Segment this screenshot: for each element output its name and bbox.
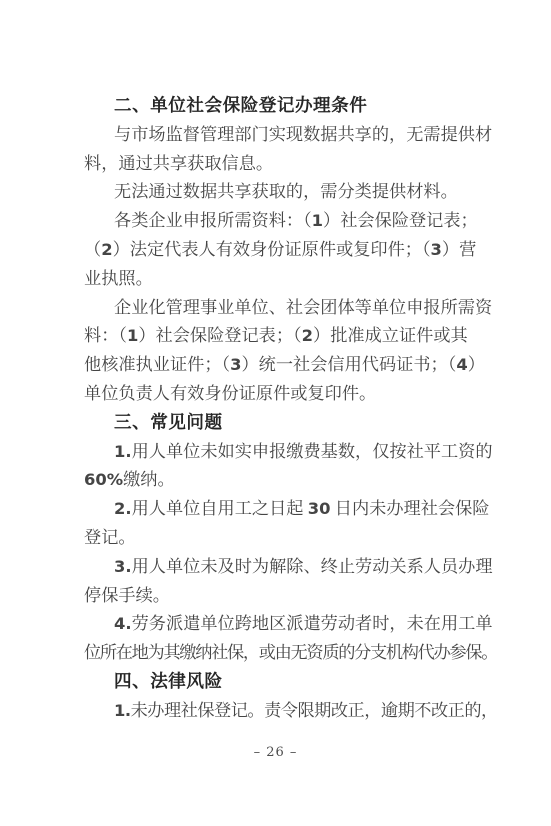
section-heading: 二、单位社会保险登记办理条件	[84, 92, 498, 121]
numeral: 60%	[84, 470, 123, 489]
text-line: 企业化管理事业单位、社会团体等单位申报所需资	[84, 294, 498, 323]
text-line: 60%缴纳。	[84, 466, 498, 495]
document-page: 二、单位社会保险登记办理条件与市场监督管理部门实现数据共享的，无需提供材料，通过…	[0, 0, 551, 826]
numeral: 30	[308, 499, 331, 518]
text-line: 料，通过共享获取信息。	[84, 150, 498, 179]
numeral: 4	[456, 355, 467, 374]
paragraph: 4.劳务派遣单位跨地区派遣劳动者时，未在用工单位所在地为其缴纳社保，或由无资质的…	[84, 610, 498, 668]
section-heading: 四、法律风险	[84, 668, 498, 697]
paragraph: 与市场监督管理部门实现数据共享的，无需提供材料，通过共享获取信息。	[84, 121, 498, 179]
paragraph: 无法通过数据共享获取的，需分类提供材料。	[84, 178, 498, 207]
text-line: 单位负责人有效身份证原件或复印件。	[84, 380, 498, 409]
text-line: 1.未办理社保登记。责令限期改正，逾期不改正的，	[84, 697, 498, 726]
numeral: 3	[431, 240, 442, 259]
numeral: 2.	[114, 499, 132, 518]
text-line: 4.劳务派遣单位跨地区派遣劳动者时，未在用工单	[84, 610, 498, 639]
numeral: 1	[312, 211, 323, 230]
numeral: 3	[230, 355, 241, 374]
page-number: – 26 –	[0, 745, 551, 760]
paragraph: 企业化管理事业单位、社会团体等单位申报所需资料：（1）社会保险登记表；（2）批准…	[84, 294, 498, 409]
numeral: 1.	[114, 442, 132, 461]
text-line: 停保手续。	[84, 582, 498, 611]
text-line: 业执照。	[84, 265, 498, 294]
section-heading: 三、常见问题	[84, 409, 498, 438]
text-line: 3.用人单位未及时为解除、终止劳动关系人员办理	[84, 553, 498, 582]
document-body: 二、单位社会保险登记办理条件与市场监督管理部门实现数据共享的，无需提供材料，通过…	[84, 92, 498, 726]
text-line: 登记。	[84, 524, 498, 553]
paragraph: 各类企业申报所需资料：（1）社会保险登记表；（2）法定代表人有效身份证原件或复印…	[84, 207, 498, 293]
text-line: 位所在地为其缴纳社保，或由无资质的分支机构代办参保。	[84, 639, 498, 668]
numeral: 1.	[114, 701, 131, 720]
text-line: 与市场监督管理部门实现数据共享的，无需提供材	[84, 121, 498, 150]
text-line: 无法通过数据共享获取的，需分类提供材料。	[84, 178, 498, 207]
numeral: 1	[127, 326, 138, 345]
text-line: 各类企业申报所需资料：（1）社会保险登记表；	[84, 207, 498, 236]
paragraph: 1.用人单位未如实申报缴费基数，仅按社平工资的60%缴纳。	[84, 438, 498, 496]
numeral: 2	[302, 326, 313, 345]
text-line: （2）法定代表人有效身份证原件或复印件；（3）营	[84, 236, 498, 265]
numeral: 2	[101, 240, 112, 259]
numeral: 3.	[114, 557, 132, 576]
paragraph: 2.用人单位自用工之日起 30 日内未办理社会保险登记。	[84, 495, 498, 553]
text-line: 2.用人单位自用工之日起 30 日内未办理社会保险	[84, 495, 498, 524]
text-line: 料：（1）社会保险登记表；（2）批准成立证件或其	[84, 322, 498, 351]
numeral: 4.	[114, 614, 132, 633]
text-line: 1.用人单位未如实申报缴费基数，仅按社平工资的	[84, 438, 498, 467]
text-line: 他核准执业证件；（3）统一社会信用代码证书；（4）	[84, 351, 498, 380]
paragraph: 1.未办理社保登记。责令限期改正，逾期不改正的，	[84, 697, 498, 726]
paragraph: 3.用人单位未及时为解除、终止劳动关系人员办理停保手续。	[84, 553, 498, 611]
